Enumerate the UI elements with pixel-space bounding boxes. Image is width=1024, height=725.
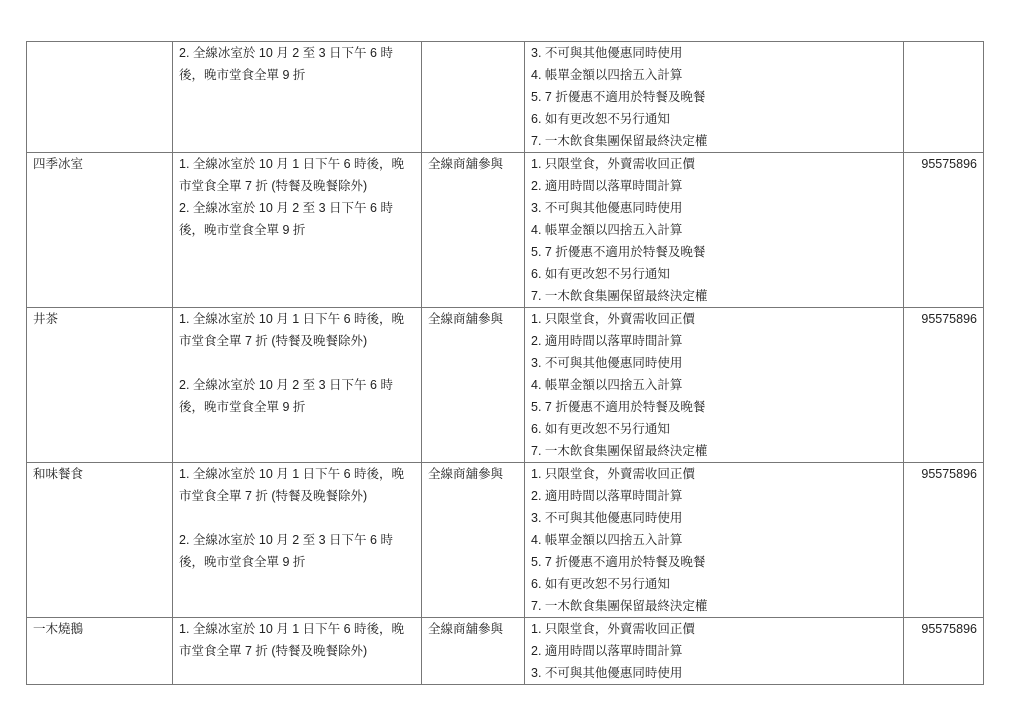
offer-line: 1. 全線冰室於 10 月 1 日下午 6 時後，晚 <box>179 463 415 485</box>
shop-name-cell: 四季冰室 <box>27 153 173 308</box>
offer-line: 1. 全線冰室於 10 月 1 日下午 6 時後，晚 <box>179 618 415 640</box>
term-line: 2. 適用時間以落單時間計算 <box>531 330 897 352</box>
document-page: 2. 全線冰室於 10 月 2 至 3 日下午 6 時 後，晚市堂食全單 9 折… <box>0 0 1024 725</box>
offer-line: 市堂食全單 7 折 (特餐及晚餐除外) <box>179 640 415 662</box>
scope-cell: 全線商舖參與 <box>422 308 525 463</box>
phone-number: 95575896 <box>910 618 977 640</box>
phone-number: 95575896 <box>910 153 977 175</box>
offer-line: 市堂食全單 7 折 (特餐及晚餐除外) <box>179 175 415 197</box>
scope-text: 全線商舖參與 <box>428 308 518 330</box>
term-line: 3. 不可與其他優惠同時使用 <box>531 507 897 529</box>
offer-line: 2. 全線冰室於 10 月 2 至 3 日下午 6 時 <box>179 529 415 551</box>
offer-line: 後，晚市堂食全單 9 折 <box>179 551 415 573</box>
terms-cell: 1. 只限堂食，外賣需收回正價 2. 適用時間以落單時間計算 3. 不可與其他優… <box>525 153 904 308</box>
term-line: 7. 一木飲食集團保留最終決定權 <box>531 595 897 617</box>
offer-line: 後，晚市堂食全單 9 折 <box>179 219 415 241</box>
scope-text: 全線商舖參與 <box>428 463 518 485</box>
term-line: 2. 適用時間以落單時間計算 <box>531 640 897 662</box>
term-line: 6. 如有更改恕不另行通知 <box>531 263 897 285</box>
offer-line-blank <box>179 507 415 529</box>
promotion-table-body: 2. 全線冰室於 10 月 2 至 3 日下午 6 時 後，晚市堂食全單 9 折… <box>27 42 984 685</box>
shop-name: 和味餐食 <box>33 463 166 485</box>
offer-cell: 1. 全線冰室於 10 月 1 日下午 6 時後，晚 市堂食全單 7 折 (特餐… <box>173 463 422 618</box>
term-line: 5. 7 折優惠不適用於特餐及晚餐 <box>531 396 897 418</box>
promotion-table: 2. 全線冰室於 10 月 2 至 3 日下午 6 時 後，晚市堂食全單 9 折… <box>26 41 984 685</box>
term-line: 3. 不可與其他優惠同時使用 <box>531 42 897 64</box>
offer-cell: 1. 全線冰室於 10 月 1 日下午 6 時後，晚 市堂食全單 7 折 (特餐… <box>173 308 422 463</box>
phone-cell <box>904 42 984 153</box>
term-line: 1. 只限堂食，外賣需收回正價 <box>531 618 897 640</box>
phone-cell: 95575896 <box>904 463 984 618</box>
table-row: 一木燒鵝 1. 全線冰室於 10 月 1 日下午 6 時後，晚 市堂食全單 7 … <box>27 618 984 685</box>
scope-text: 全線商舖參與 <box>428 618 518 640</box>
offer-line: 2. 全線冰室於 10 月 2 至 3 日下午 6 時 <box>179 42 415 64</box>
offer-line: 1. 全線冰室於 10 月 1 日下午 6 時後，晚 <box>179 153 415 175</box>
term-line: 5. 7 折優惠不適用於特餐及晚餐 <box>531 86 897 108</box>
offer-line: 後，晚市堂食全單 9 折 <box>179 64 415 86</box>
term-line: 1. 只限堂食，外賣需收回正價 <box>531 308 897 330</box>
offer-cell: 2. 全線冰室於 10 月 2 至 3 日下午 6 時 後，晚市堂食全單 9 折 <box>173 42 422 153</box>
term-line: 4. 帳單金額以四捨五入計算 <box>531 374 897 396</box>
shop-name-cell <box>27 42 173 153</box>
term-line: 3. 不可與其他優惠同時使用 <box>531 662 897 684</box>
term-line: 4. 帳單金額以四捨五入計算 <box>531 219 897 241</box>
offer-line-blank <box>179 352 415 374</box>
shop-name: 一木燒鵝 <box>33 618 166 640</box>
term-line: 6. 如有更改恕不另行通知 <box>531 418 897 440</box>
term-line: 5. 7 折優惠不適用於特餐及晚餐 <box>531 241 897 263</box>
term-line: 6. 如有更改恕不另行通知 <box>531 573 897 595</box>
offer-line: 2. 全線冰室於 10 月 2 至 3 日下午 6 時 <box>179 374 415 396</box>
term-line: 3. 不可與其他優惠同時使用 <box>531 352 897 374</box>
scope-cell: 全線商舖參與 <box>422 463 525 618</box>
shop-name-cell: 和味餐食 <box>27 463 173 618</box>
scope-text: 全線商舖參與 <box>428 153 518 175</box>
scope-cell <box>422 42 525 153</box>
scope-cell: 全線商舖參與 <box>422 618 525 685</box>
shop-name-cell: 井茶 <box>27 308 173 463</box>
term-line: 4. 帳單金額以四捨五入計算 <box>531 529 897 551</box>
shop-name-cell: 一木燒鵝 <box>27 618 173 685</box>
phone-cell: 95575896 <box>904 308 984 463</box>
term-line: 7. 一木飲食集團保留最終決定權 <box>531 440 897 462</box>
shop-name: 四季冰室 <box>33 153 166 175</box>
term-line: 5. 7 折優惠不適用於特餐及晚餐 <box>531 551 897 573</box>
table-row: 四季冰室 1. 全線冰室於 10 月 1 日下午 6 時後，晚 市堂食全單 7 … <box>27 153 984 308</box>
table-row: 2. 全線冰室於 10 月 2 至 3 日下午 6 時 後，晚市堂食全單 9 折… <box>27 42 984 153</box>
offer-cell: 1. 全線冰室於 10 月 1 日下午 6 時後，晚 市堂食全單 7 折 (特餐… <box>173 618 422 685</box>
term-line: 4. 帳單金額以四捨五入計算 <box>531 64 897 86</box>
term-line: 1. 只限堂食，外賣需收回正價 <box>531 153 897 175</box>
offer-cell: 1. 全線冰室於 10 月 1 日下午 6 時後，晚 市堂食全單 7 折 (特餐… <box>173 153 422 308</box>
term-line: 7. 一木飲食集團保留最終決定權 <box>531 285 897 307</box>
scope-cell: 全線商舖參與 <box>422 153 525 308</box>
phone-cell: 95575896 <box>904 618 984 685</box>
term-line: 7. 一木飲食集團保留最終決定權 <box>531 130 897 152</box>
term-line: 2. 適用時間以落單時間計算 <box>531 485 897 507</box>
table-row: 和味餐食 1. 全線冰室於 10 月 1 日下午 6 時後，晚 市堂食全單 7 … <box>27 463 984 618</box>
offer-line: 2. 全線冰室於 10 月 2 至 3 日下午 6 時 <box>179 197 415 219</box>
terms-cell: 1. 只限堂食，外賣需收回正價 2. 適用時間以落單時間計算 3. 不可與其他優… <box>525 308 904 463</box>
phone-cell: 95575896 <box>904 153 984 308</box>
terms-cell: 3. 不可與其他優惠同時使用 4. 帳單金額以四捨五入計算 5. 7 折優惠不適… <box>525 42 904 153</box>
terms-cell: 1. 只限堂食，外賣需收回正價 2. 適用時間以落單時間計算 3. 不可與其他優… <box>525 463 904 618</box>
shop-name: 井茶 <box>33 308 166 330</box>
term-line: 1. 只限堂食，外賣需收回正價 <box>531 463 897 485</box>
offer-line: 市堂食全單 7 折 (特餐及晚餐除外) <box>179 485 415 507</box>
offer-line: 1. 全線冰室於 10 月 1 日下午 6 時後，晚 <box>179 308 415 330</box>
term-line: 2. 適用時間以落單時間計算 <box>531 175 897 197</box>
phone-number: 95575896 <box>910 463 977 485</box>
term-line: 3. 不可與其他優惠同時使用 <box>531 197 897 219</box>
offer-line: 後，晚市堂食全單 9 折 <box>179 396 415 418</box>
term-line: 6. 如有更改恕不另行通知 <box>531 108 897 130</box>
terms-cell: 1. 只限堂食，外賣需收回正價 2. 適用時間以落單時間計算 3. 不可與其他優… <box>525 618 904 685</box>
phone-number: 95575896 <box>910 308 977 330</box>
offer-line: 市堂食全單 7 折 (特餐及晚餐除外) <box>179 330 415 352</box>
table-row: 井茶 1. 全線冰室於 10 月 1 日下午 6 時後，晚 市堂食全單 7 折 … <box>27 308 984 463</box>
